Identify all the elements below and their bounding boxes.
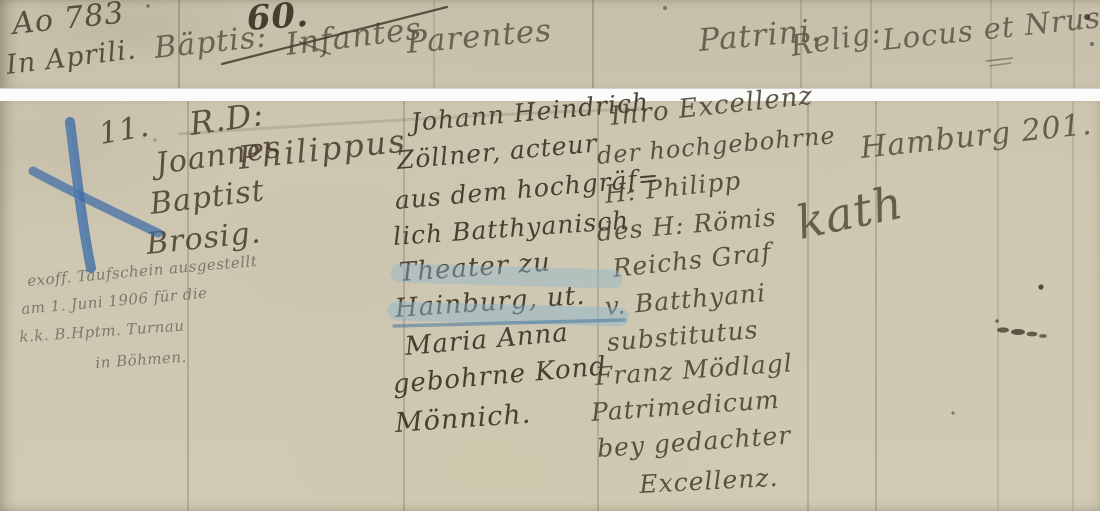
patrini-line: Excellenz. [639, 465, 779, 497]
entry-day: 11. [97, 112, 152, 150]
column-rule [997, 101, 999, 511]
column-rule [592, 0, 594, 88]
column-rule [807, 101, 809, 511]
register-scan: Ao 783 In Aprili. 60. Bäptis: Infantes P… [0, 0, 1100, 511]
column-rule [1072, 101, 1074, 511]
